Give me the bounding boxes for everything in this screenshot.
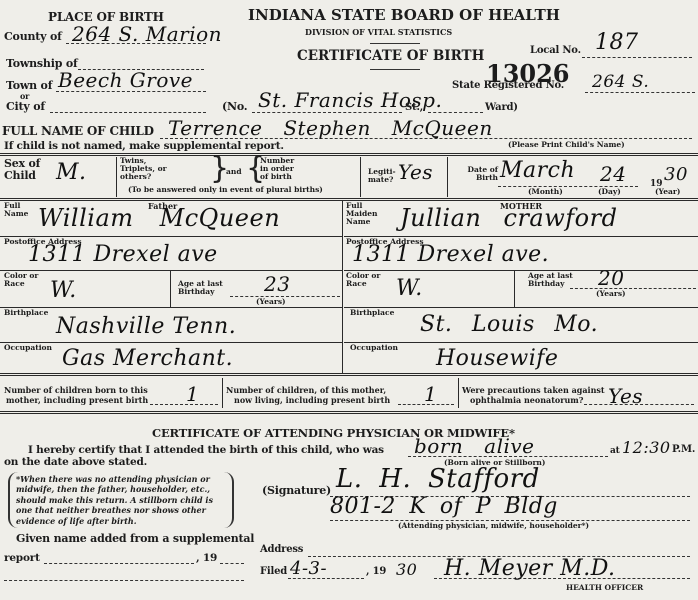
local-no-line	[582, 57, 692, 58]
divider	[458, 378, 459, 408]
county-value: 264 S. Marion	[72, 22, 222, 46]
footnote: *When there was no attending physician o…	[16, 474, 222, 526]
mother-color-label: Color or Race	[346, 272, 382, 288]
divider	[447, 157, 448, 197]
signature-label: (Signature)	[262, 484, 331, 497]
state-reg-value: 264 S.	[592, 72, 649, 92]
legit-label: Legiti-mate?	[368, 168, 400, 184]
divider	[360, 157, 361, 197]
date-note: on the date above stated.	[4, 456, 147, 468]
mother-address-value: 1311 Drexel ave.	[352, 242, 549, 267]
board-title: INDIANA STATE BOARD OF HEALTH	[248, 6, 560, 24]
divider	[0, 373, 698, 376]
divider	[170, 271, 171, 307]
divider	[222, 378, 223, 408]
twins-label: Twins, Triplets, or others?	[120, 157, 170, 181]
year-label: (Year)	[655, 188, 680, 196]
children-born-line	[150, 404, 218, 405]
mother-birthplace-label: Birthplace	[350, 309, 394, 317]
children-born-value: 1	[186, 382, 199, 406]
city-label: City of	[6, 100, 45, 113]
certify-text: I hereby certify that I attended the bir…	[28, 444, 384, 456]
st-label: St.,	[405, 102, 423, 113]
given-name-note: Given name added from a supplemental	[16, 532, 254, 545]
divider	[342, 201, 343, 373]
divider	[0, 307, 342, 308]
county-label: County of	[4, 30, 62, 43]
mother-birthplace-value: St. Louis Mo.	[420, 312, 598, 337]
birth-time: 12:30	[622, 438, 671, 457]
health-officer-label: HEALTH OFFICER	[566, 584, 643, 592]
father-age-label: Age at last Birthday	[178, 280, 238, 296]
child-name-label: FULL NAME OF CHILD	[2, 124, 154, 138]
divider	[0, 270, 342, 271]
divider	[0, 411, 698, 414]
father-name-label: Full Name	[4, 202, 32, 218]
mother-name-label: Full Maiden Name	[346, 202, 376, 226]
father-birthplace-value: Nashville Tenn.	[56, 314, 236, 339]
ward-line	[428, 112, 483, 113]
divider	[370, 69, 420, 70]
report-year-prefix: , 19	[196, 552, 217, 564]
signature-value: L. H. Stafford	[336, 464, 540, 494]
father-years-label: (Years)	[256, 298, 286, 306]
birth-certificate: PLACE OF BIRTH INDIANA STATE BOARD OF HE…	[0, 0, 698, 600]
filed-date-value: 4-3-	[290, 558, 327, 579]
print-note: (Please Print Child's Name)	[508, 141, 625, 149]
dob-label: Date of Birth	[462, 166, 498, 182]
children-born-label-1: Number of children born to this	[4, 386, 148, 394]
divider	[514, 271, 515, 307]
local-no-label: Local No.	[530, 45, 581, 56]
attending-note: (Attending physician, midwife, household…	[398, 522, 589, 530]
father-address-value: 1311 Drexel ave	[28, 242, 218, 267]
mother-age-value: 20	[598, 266, 624, 290]
mother-color-value: W.	[396, 276, 423, 301]
signature-address-value: 801-2 K of P Bldg	[330, 494, 558, 519]
sex-label: Sex of Child	[4, 158, 44, 182]
children-living-value: 1	[424, 382, 437, 406]
plural-note: (To be answered only in event of plural …	[128, 186, 323, 194]
father-birthplace-label: Birthplace	[4, 309, 48, 317]
divider	[344, 307, 698, 308]
street-line	[252, 112, 402, 113]
precaution-value: Yes	[608, 384, 643, 408]
legit-value: Yes	[398, 160, 433, 184]
month-label: (Month)	[528, 188, 563, 196]
state-reg-label: State Registered No.	[452, 80, 564, 91]
address-label: Address	[260, 544, 303, 555]
dob-day: 24	[600, 162, 626, 186]
divider	[116, 157, 117, 197]
children-living-label-2: now living, including present birth	[234, 396, 390, 404]
filed-label: Filed	[260, 566, 287, 577]
day-label: (Day)	[598, 188, 621, 196]
mother-age-line	[570, 288, 696, 289]
father-occupation-value: Gas Merchant.	[62, 346, 233, 371]
ward-label: Ward)	[485, 102, 518, 113]
children-living-label-1: Number of children, of this mother,	[226, 386, 386, 394]
mother-occupation-value: Housewife	[436, 346, 558, 371]
child-name-value: Terrence Stephen McQueen	[168, 116, 493, 140]
division-title: DIVISION OF VITAL STATISTICS	[305, 28, 452, 36]
born-status-value: born alive	[414, 434, 535, 458]
city-line	[50, 112, 206, 113]
father-occupation-label: Occupation	[4, 344, 52, 352]
mother-name-value: Jullian crawford	[400, 204, 617, 232]
town-value: Beech Grove	[58, 68, 193, 92]
dob-year: 30	[664, 164, 688, 185]
number-order-label: Number in order of birth	[260, 157, 300, 181]
at-label: at	[610, 446, 620, 456]
father-name-value: William McQueen	[38, 204, 280, 232]
precaution-label-1: Were precautions taken against	[462, 386, 605, 394]
report-line	[44, 563, 194, 564]
ampm: P.M.	[672, 444, 695, 455]
divider	[344, 270, 698, 271]
filed-year-prefix: , 19	[366, 566, 386, 577]
father-color-label: Color or Race	[4, 272, 40, 288]
dob-month: March	[500, 158, 575, 183]
filed-year-value: 30	[396, 560, 417, 579]
mother-years-label: (Years)	[596, 290, 626, 298]
mother-age-label: Age at last Birthday	[528, 272, 588, 288]
street-no-label: (No.	[222, 100, 247, 113]
not-named-note: If child is not named, make supplemental…	[4, 140, 284, 152]
and-label: and	[226, 168, 242, 176]
certificate-title: CERTIFICATE OF BIRTH	[297, 48, 484, 64]
precaution-label-2: ophthalmia neonatorum?	[470, 396, 583, 404]
state-reg-line	[585, 92, 695, 93]
report-year-line	[220, 563, 244, 564]
divider	[0, 153, 698, 156]
divider	[370, 43, 420, 44]
children-born-label-2: mother, including present birth	[6, 396, 148, 404]
father-color-value: W.	[50, 278, 77, 303]
supplemental-line	[4, 580, 244, 581]
sex-value: M.	[56, 160, 87, 185]
father-age-value: 23	[264, 272, 290, 296]
mother-occupation-label: Occupation	[350, 344, 398, 352]
report-label: report	[4, 552, 40, 564]
local-no-value: 187	[595, 30, 639, 55]
health-officer-signature: H. Meyer M.D.	[444, 556, 616, 581]
